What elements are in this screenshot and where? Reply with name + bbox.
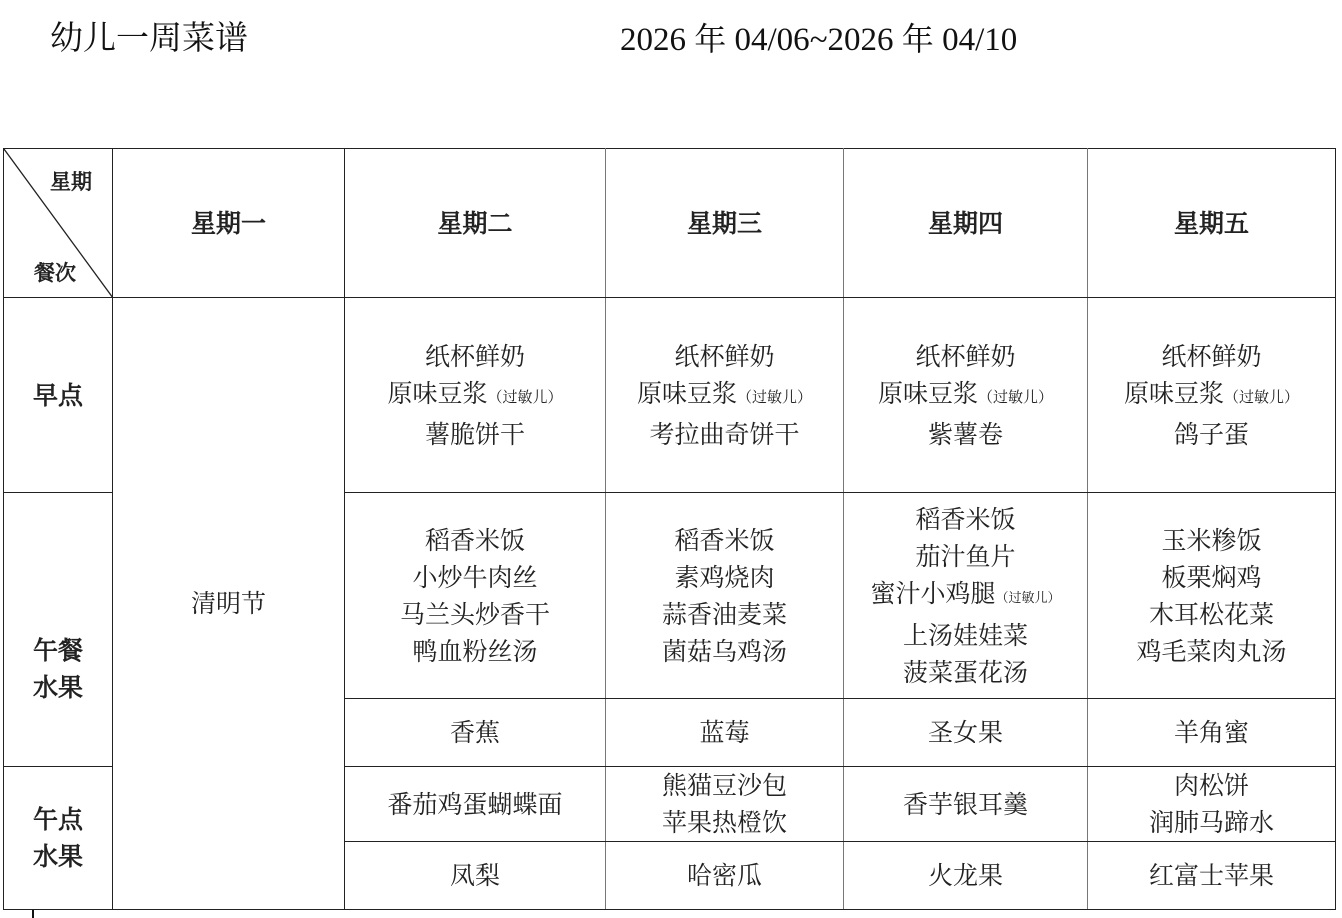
menu-item: 鸭血粉丝汤 bbox=[345, 633, 605, 670]
allergy-note: （过敏儿） bbox=[996, 591, 1061, 606]
lunch-fri: 玉米糁饭 板栗焖鸡 木耳松花菜 鸡毛菜肉丸汤 bbox=[1088, 493, 1336, 699]
breakfast-fri: 纸杯鲜奶 原味豆浆（过敏儿） 鸽子蛋 bbox=[1088, 298, 1336, 493]
menu-item: 原味豆浆（过敏儿） bbox=[606, 375, 843, 416]
menu-item: 木耳松花菜 bbox=[1088, 596, 1335, 633]
menu-item: 小炒牛肉丝 bbox=[345, 559, 605, 596]
breakfast-row: 早点 清明节 纸杯鲜奶 原味豆浆（过敏儿） 薯脆饼干 纸杯鲜奶 原味豆浆（过敏儿… bbox=[4, 298, 1336, 493]
menu-item: 原味豆浆（过敏儿） bbox=[1088, 375, 1335, 416]
header-row: 星期 餐次 星期一 星期二 星期三 星期四 星期五 bbox=[4, 149, 1336, 298]
menu-item: 马兰头炒香干 bbox=[345, 596, 605, 633]
menu-item-name: 原味豆浆 bbox=[878, 379, 978, 408]
snack-fruit-thu: 火龙果 bbox=[844, 842, 1088, 910]
menu-item: 纸杯鲜奶 bbox=[606, 338, 843, 375]
holiday-label: 清明节 bbox=[191, 589, 266, 618]
menu-item: 茄汁鱼片 bbox=[844, 538, 1087, 575]
lunch-fruit-thu: 圣女果 bbox=[844, 699, 1088, 767]
breakfast-wed: 纸杯鲜奶 原味豆浆（过敏儿） 考拉曲奇饼干 bbox=[606, 298, 844, 493]
menu-item: 纸杯鲜奶 bbox=[345, 338, 605, 375]
meal-label-breakfast: 早点 bbox=[4, 298, 113, 493]
menu-item: 考拉曲奇饼干 bbox=[606, 416, 843, 453]
day-header-mon: 星期一 bbox=[113, 149, 345, 298]
snack-fruit-wed: 哈密瓜 bbox=[606, 842, 844, 910]
menu-item: 稻香米饭 bbox=[844, 501, 1087, 538]
menu-item: 玉米糁饭 bbox=[1088, 522, 1335, 559]
corner-label-meal: 餐次 bbox=[34, 254, 76, 291]
menu-item: 香芋银耳羹 bbox=[844, 786, 1087, 823]
weekly-menu-table: 星期 餐次 星期一 星期二 星期三 星期四 星期五 早点 清明节 纸杯鲜奶 原味… bbox=[3, 148, 1336, 910]
lunch-fruit-tue: 香蕉 bbox=[345, 699, 606, 767]
year-char: 年 bbox=[902, 20, 934, 58]
menu-item-name: 蜜汁小鸡腿 bbox=[870, 579, 995, 608]
lunch-thu: 稻香米饭 茄汁鱼片 蜜汁小鸡腿（过敏儿） 上汤娃娃菜 菠菜蛋花汤 bbox=[844, 493, 1088, 699]
menu-item: 上汤娃娃菜 bbox=[844, 617, 1087, 654]
menu-item: 番茄鸡蛋蝴蝶面 bbox=[345, 786, 605, 823]
menu-item: 薯脆饼干 bbox=[345, 416, 605, 453]
start-year: 2026 bbox=[620, 22, 686, 58]
menu-item: 鸡毛菜肉丸汤 bbox=[1088, 633, 1335, 670]
end-date: 04/10 bbox=[942, 22, 1017, 58]
menu-item: 纸杯鲜奶 bbox=[1088, 338, 1335, 375]
day-header-fri: 星期五 bbox=[1088, 149, 1336, 298]
allergy-note: （过敏儿） bbox=[488, 388, 563, 406]
meal-label-lunch-text: 午餐 bbox=[4, 632, 112, 669]
menu-item: 润肺马蹄水 bbox=[1088, 804, 1335, 841]
allergy-note: （过敏儿） bbox=[978, 388, 1053, 406]
menu-item: 稻香米饭 bbox=[345, 522, 605, 559]
snack-fruit-tue: 凤梨 bbox=[345, 842, 606, 910]
menu-item: 菠菜蛋花汤 bbox=[844, 654, 1087, 691]
breakfast-thu: 纸杯鲜奶 原味豆浆（过敏儿） 紫薯卷 bbox=[844, 298, 1088, 493]
menu-item: 原味豆浆（过敏儿） bbox=[345, 375, 605, 416]
end-year: 2026 bbox=[828, 22, 894, 58]
menu-item: 鸽子蛋 bbox=[1088, 416, 1335, 453]
meal-label-snack-text: 午点 bbox=[4, 801, 112, 838]
year-char: 年 bbox=[694, 20, 726, 58]
menu-item: 板栗焖鸡 bbox=[1088, 559, 1335, 596]
menu-item: 菌菇乌鸡汤 bbox=[606, 633, 843, 670]
snack-wed: 熊猫豆沙包 苹果热橙饮 bbox=[606, 767, 844, 842]
range-separator: ~ bbox=[810, 22, 828, 58]
page-title: 幼儿一周菜谱 bbox=[50, 12, 248, 59]
corner-label-weekday: 星期 bbox=[50, 163, 92, 200]
corner-cell: 星期 餐次 bbox=[4, 149, 113, 298]
menu-item-name: 原味豆浆 bbox=[1124, 379, 1224, 408]
allergy-note: （过敏儿） bbox=[737, 388, 812, 406]
menu-item: 蜜汁小鸡腿（过敏儿） bbox=[844, 575, 1087, 617]
day-header-wed: 星期三 bbox=[606, 149, 844, 298]
menu-item: 纸杯鲜奶 bbox=[844, 338, 1087, 375]
menu-item: 苹果热橙饮 bbox=[606, 804, 843, 841]
menu-item-name: 原味豆浆 bbox=[637, 379, 737, 408]
start-date: 04/06 bbox=[735, 22, 810, 58]
meal-label-fruit-text: 水果 bbox=[4, 669, 112, 706]
day-header-tue: 星期二 bbox=[345, 149, 606, 298]
meal-label-lunch: 午餐 水果 bbox=[4, 493, 113, 767]
allergy-note: （过敏儿） bbox=[1224, 388, 1299, 406]
meal-label-fruit-text: 水果 bbox=[4, 838, 112, 875]
menu-item: 蒜香油麦菜 bbox=[606, 596, 843, 633]
snack-fri: 肉松饼 润肺马蹄水 bbox=[1088, 767, 1336, 842]
menu-item: 紫薯卷 bbox=[844, 416, 1087, 453]
snack-tue: 番茄鸡蛋蝴蝶面 bbox=[345, 767, 606, 842]
text-cursor-mark bbox=[32, 910, 34, 918]
menu-item: 素鸡烧肉 bbox=[606, 559, 843, 596]
date-range: 2026 年 04/06~2026 年 04/10 bbox=[620, 14, 1017, 60]
breakfast-tue: 纸杯鲜奶 原味豆浆（过敏儿） 薯脆饼干 bbox=[345, 298, 606, 493]
menu-item: 稻香米饭 bbox=[606, 522, 843, 559]
snack-fruit-fri: 红富士苹果 bbox=[1088, 842, 1336, 910]
lunch-fruit-fri: 羊角蜜 bbox=[1088, 699, 1336, 767]
lunch-fruit-wed: 蓝莓 bbox=[606, 699, 844, 767]
menu-item: 熊猫豆沙包 bbox=[606, 767, 843, 804]
meal-label-snack: 午点 水果 bbox=[4, 767, 113, 910]
monday-holiday-cell: 清明节 bbox=[113, 298, 345, 910]
menu-item: 肉松饼 bbox=[1088, 767, 1335, 804]
lunch-tue: 稻香米饭 小炒牛肉丝 马兰头炒香干 鸭血粉丝汤 bbox=[345, 493, 606, 699]
menu-item-name: 原味豆浆 bbox=[387, 379, 487, 408]
lunch-wed: 稻香米饭 素鸡烧肉 蒜香油麦菜 菌菇乌鸡汤 bbox=[606, 493, 844, 699]
menu-item: 原味豆浆（过敏儿） bbox=[844, 375, 1087, 416]
snack-thu: 香芋银耳羹 bbox=[844, 767, 1088, 842]
day-header-thu: 星期四 bbox=[844, 149, 1088, 298]
